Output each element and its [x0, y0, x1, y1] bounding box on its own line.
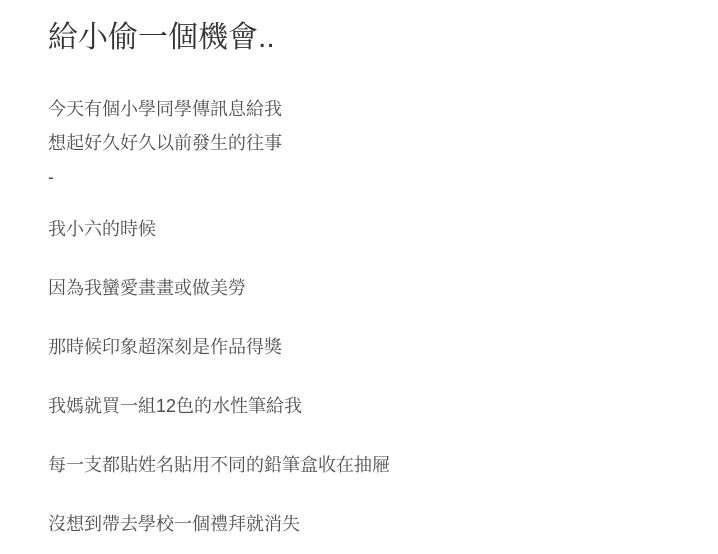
paragraph-line: 想起好久好久以前發生的往事: [48, 126, 670, 160]
paragraph-3: 因為我蠻愛畫畫或做美勞: [48, 271, 670, 305]
paragraph-line: 每一支都貼姓名貼用不同的鉛筆盒收在抽屜: [48, 448, 670, 482]
paragraph-5: 我媽就買一組12色的水性筆給我: [48, 389, 670, 423]
paragraph-line: 沒想到帶去學校一個禮拜就消失: [48, 507, 670, 541]
paragraph-line: 我媽就買一組12色的水性筆給我: [48, 389, 670, 423]
paragraph-4: 那時候印象超深刻是作品得獎: [48, 330, 670, 364]
paragraph-2: 我小六的時候: [48, 212, 670, 246]
post-content: 今天有個小學同學傳訊息給我 想起好久好久以前發生的往事 - 我小六的時候 因為我…: [48, 92, 670, 541]
paragraph-line: 那時候印象超深刻是作品得獎: [48, 330, 670, 364]
paragraph-6: 每一支都貼姓名貼用不同的鉛筆盒收在抽屜: [48, 448, 670, 482]
paragraph-line: -: [48, 160, 670, 194]
paragraph-line: 今天有個小學同學傳訊息給我: [48, 92, 670, 126]
paragraph-7: 沒想到帶去學校一個禮拜就消失: [48, 507, 670, 541]
post-title: 給小偷一個機會..: [48, 20, 670, 56]
paragraph-line: 因為我蠻愛畫畫或做美勞: [48, 271, 670, 305]
paragraph-1: 今天有個小學同學傳訊息給我 想起好久好久以前發生的往事 -: [48, 92, 670, 194]
paragraph-line: 我小六的時候: [48, 212, 670, 246]
article-page: 給小偷一個機會.. 今天有個小學同學傳訊息給我 想起好久好久以前發生的往事 - …: [0, 0, 718, 554]
